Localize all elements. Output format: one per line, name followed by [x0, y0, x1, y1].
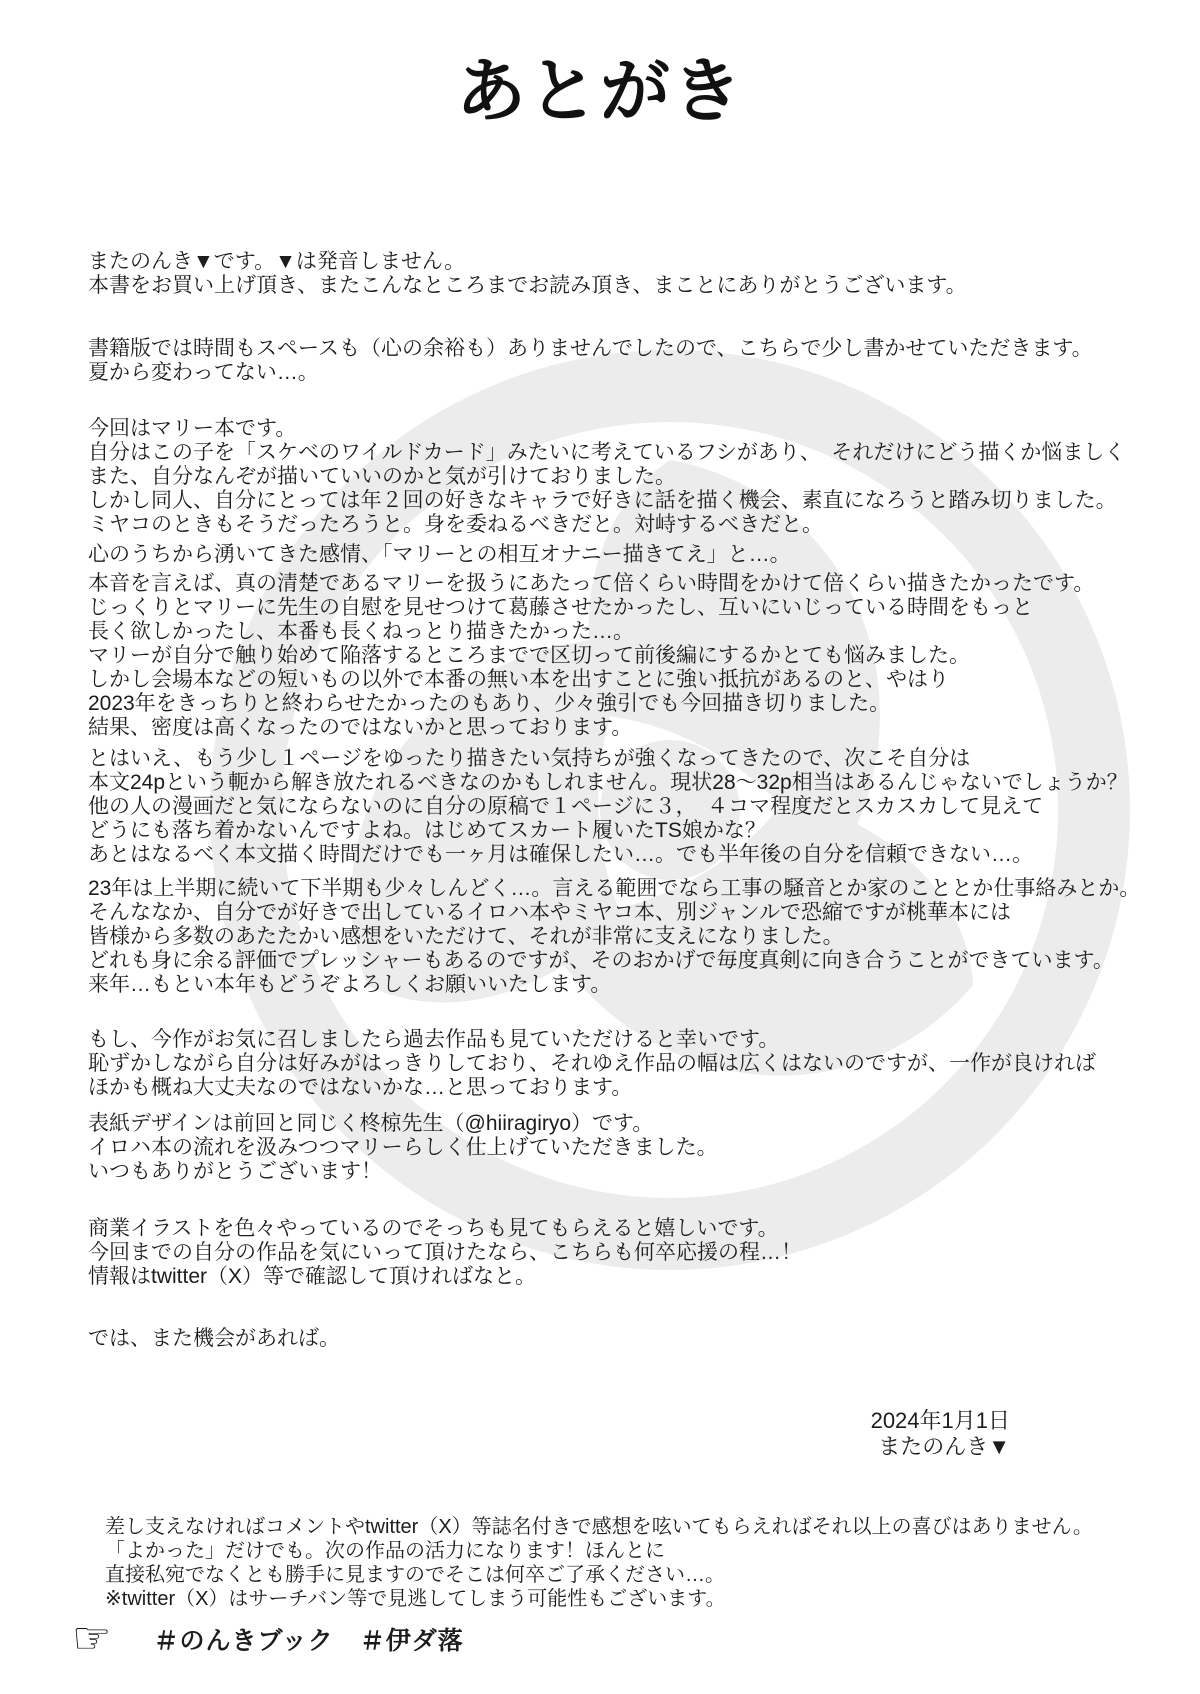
body-paragraph: では、また機会があれば。: [0, 1327, 1200, 1351]
hashtags-row: ☞ ＃のんきブック ＃伊ダ落: [0, 1617, 1200, 1661]
afterword-page: あとがき またのんき▼です。▼は発音しません。 本書をお買い上げ頂き、またこんな…: [0, 58, 1200, 1661]
footnote-line: 差し支えなければコメントやtwitter（X）等誌名付きで感想を呟いてもらえれば…: [105, 1515, 1200, 1539]
body-paragraph: 今回はマリー本です。 自分はこの子を「スケベのワイルドカード」みたいに考えている…: [0, 417, 1200, 537]
text-line: どれも身に余る評価でプレッシャーもあるのですが、そのおかげで毎度真剣に向き合うこ…: [88, 949, 1160, 973]
text-line: 表紙デザインは前回と同じく柊椋先生（@hiiragiryo）です。: [88, 1112, 1160, 1136]
footnote-line: 「よかった」だけでも。次の作品の活力になります！ほんとに: [105, 1539, 1200, 1563]
text-line: どうにも落ち着かないんですよね。はじめてスカート履いたTS娘かな？: [88, 819, 1160, 843]
text-line: 情報はtwitter（X）等で確認して頂ければなと。: [88, 1265, 1160, 1289]
footnote-line: ※twitter（X）はサーチバン等で見逃してしまう可能性もございます。: [105, 1587, 1200, 1611]
footnote-line: 直接私宛でなくとも勝手に見ますのでそこは何卒ご了承ください…。: [105, 1563, 1200, 1587]
text-line: じっくりとマリーに先生の自慰を見せつけて葛藤させたかったし、互いにいじっている時…: [88, 596, 1160, 620]
text-line: では、また機会があれば。: [88, 1327, 1160, 1351]
text-line: 今回はマリー本です。: [88, 417, 1160, 441]
text-line: 夏から変わってない…。: [88, 361, 1160, 385]
hashtags-text: ＃のんきブック ＃伊ダ落: [153, 1621, 463, 1657]
body-paragraph: 23年は上半期に続いて下半期も少々しんどく…。言える範囲でなら工事の騒音とか家の…: [0, 877, 1200, 997]
body-paragraph: 心のうちから湧いてきた感情、「マリーとの相互オナニー描きてえ」と…。: [0, 543, 1200, 567]
text-line: 商業イラストを色々やっているのでそっちも見てもらえると嬉しいです。: [88, 1217, 1160, 1241]
text-line: 他の人の漫画だと気にならないのに自分の原稿で１ページに３， ４コマ程度だとスカス…: [88, 795, 1160, 819]
body-paragraph: 商業イラストを色々やっているのでそっちも見てもらえると嬉しいです。 今回までの自…: [0, 1217, 1200, 1289]
text-line: 結果、密度は高くなったのではないかと思っております。: [88, 716, 1160, 740]
text-line: あとはなるべく本文描く時間だけでも一ヶ月は確保したい…。でも半年後の自分を信頼で…: [88, 843, 1160, 867]
text-line: ミヤコのときもそうだったろうと。身を委ねるべきだと。対峙するべきだと。: [88, 513, 1160, 537]
text-line: またのんき▼です。▼は発音しません。: [88, 250, 1160, 274]
text-line: 来年…もとい本年もどうぞよろしくお願いいたします。: [88, 973, 1160, 997]
date-line: 2024年1月1日: [0, 1408, 1010, 1434]
text-line: そんななか、自分でが好きで出しているイロハ本やミヤコ本、別ジャンルで恐縮ですが桃…: [88, 901, 1160, 925]
text-line: いつもありがとうございます！: [88, 1160, 1160, 1184]
text-line: 2023年をきっちりと終わらせたかったのもあり、少々強引でも今回描き切りました。: [88, 692, 1160, 716]
text-line: 皆様から多数のあたたかい感想をいただけて、それが非常に支えになりました。: [88, 925, 1160, 949]
text-line: 書籍版では時間もスペースも（心の余裕も）ありませんでしたので、こちらで少し書かせ…: [88, 337, 1160, 361]
text-line: もし、今作がお気に召しましたら過去作品も見ていただけると幸いです。: [88, 1028, 1160, 1052]
text-line: 本音を言えば、真の清楚であるマリーを扱うにあたって倍くらい時間をかけて倍くらい描…: [88, 572, 1160, 596]
body-paragraph: 書籍版では時間もスペースも（心の余裕も）ありませんでしたので、こちらで少し書かせ…: [0, 337, 1200, 385]
page-title: あとがき: [0, 58, 1200, 128]
text-line: 自分はこの子を「スケベのワイルドカード」みたいに考えているフシがあり、 それだけ…: [88, 441, 1160, 465]
text-line: とはいえ、もう少し１ページをゆったり描きたい気持ちが強くなってきたので、次こそ自…: [88, 747, 1160, 771]
text-line: 今回までの自分の作品を気にいって頂けたなら、こちらも何卒応援の程…！: [88, 1241, 1160, 1265]
pointing-hand-icon: ☞: [72, 1617, 111, 1661]
text-line: 恥ずかしながら自分は好みがはっきりしており、それゆえ作品の幅は広くはないのですが…: [88, 1052, 1160, 1076]
text-line: 心のうちから湧いてきた感情、「マリーとの相互オナニー描きてえ」と…。: [88, 543, 1160, 567]
text-line: ほかも概ね大丈夫なのではないかな…と思っております。: [88, 1076, 1160, 1100]
text-line: 23年は上半期に続いて下半期も少々しんどく…。言える範囲でなら工事の騒音とか家の…: [88, 877, 1160, 901]
body-paragraph: とはいえ、もう少し１ページをゆったり描きたい気持ちが強くなってきたので、次こそ自…: [0, 747, 1200, 867]
date-signature-block: 2024年1月1日 またのんき▼: [0, 1408, 1200, 1460]
text-line: イロハ本の流れを汲みつつマリーらしく仕上げていただきました。: [88, 1136, 1160, 1160]
text-line: 本書をお買い上げ頂き、またこんなところまでお読み頂き、まことにありがとうございま…: [88, 274, 1160, 298]
body-paragraph: もし、今作がお気に召しましたら過去作品も見ていただけると幸いです。 恥ずかしなが…: [0, 1028, 1200, 1100]
text-line: また、自分なんぞが描いていいのかと気が引けておりました。: [88, 465, 1160, 489]
text-line: 本文24pという軛から解き放たれるべきなのかもしれません。現状28～32p相当は…: [88, 771, 1160, 795]
body-paragraph: 本音を言えば、真の清楚であるマリーを扱うにあたって倍くらい時間をかけて倍くらい描…: [0, 572, 1200, 740]
body-paragraph: またのんき▼です。▼は発音しません。 本書をお買い上げ頂き、またこんなところまで…: [0, 250, 1200, 298]
text-line: しかし同人、自分にとっては年２回の好きなキャラで好きに話を描く機会、素直になろう…: [88, 489, 1160, 513]
author-signature: またのんき▼: [0, 1434, 1010, 1460]
body-paragraph: 表紙デザインは前回と同じく柊椋先生（@hiiragiryo）です。 イロハ本の流…: [0, 1112, 1200, 1184]
footnote-block: 差し支えなければコメントやtwitter（X）等誌名付きで感想を呟いてもらえれば…: [0, 1515, 1200, 1611]
text-line: マリーが自分で触り始めて陥落するところまでで区切って前後編にするかとても悩みまし…: [88, 644, 1160, 668]
text-line: 長く欲しかったし、本番も長くねっとり描きたかった…。: [88, 620, 1160, 644]
text-line: しかし会場本などの短いもの以外で本番の無い本を出すことに強い抵抗があるのと、やは…: [88, 668, 1160, 692]
